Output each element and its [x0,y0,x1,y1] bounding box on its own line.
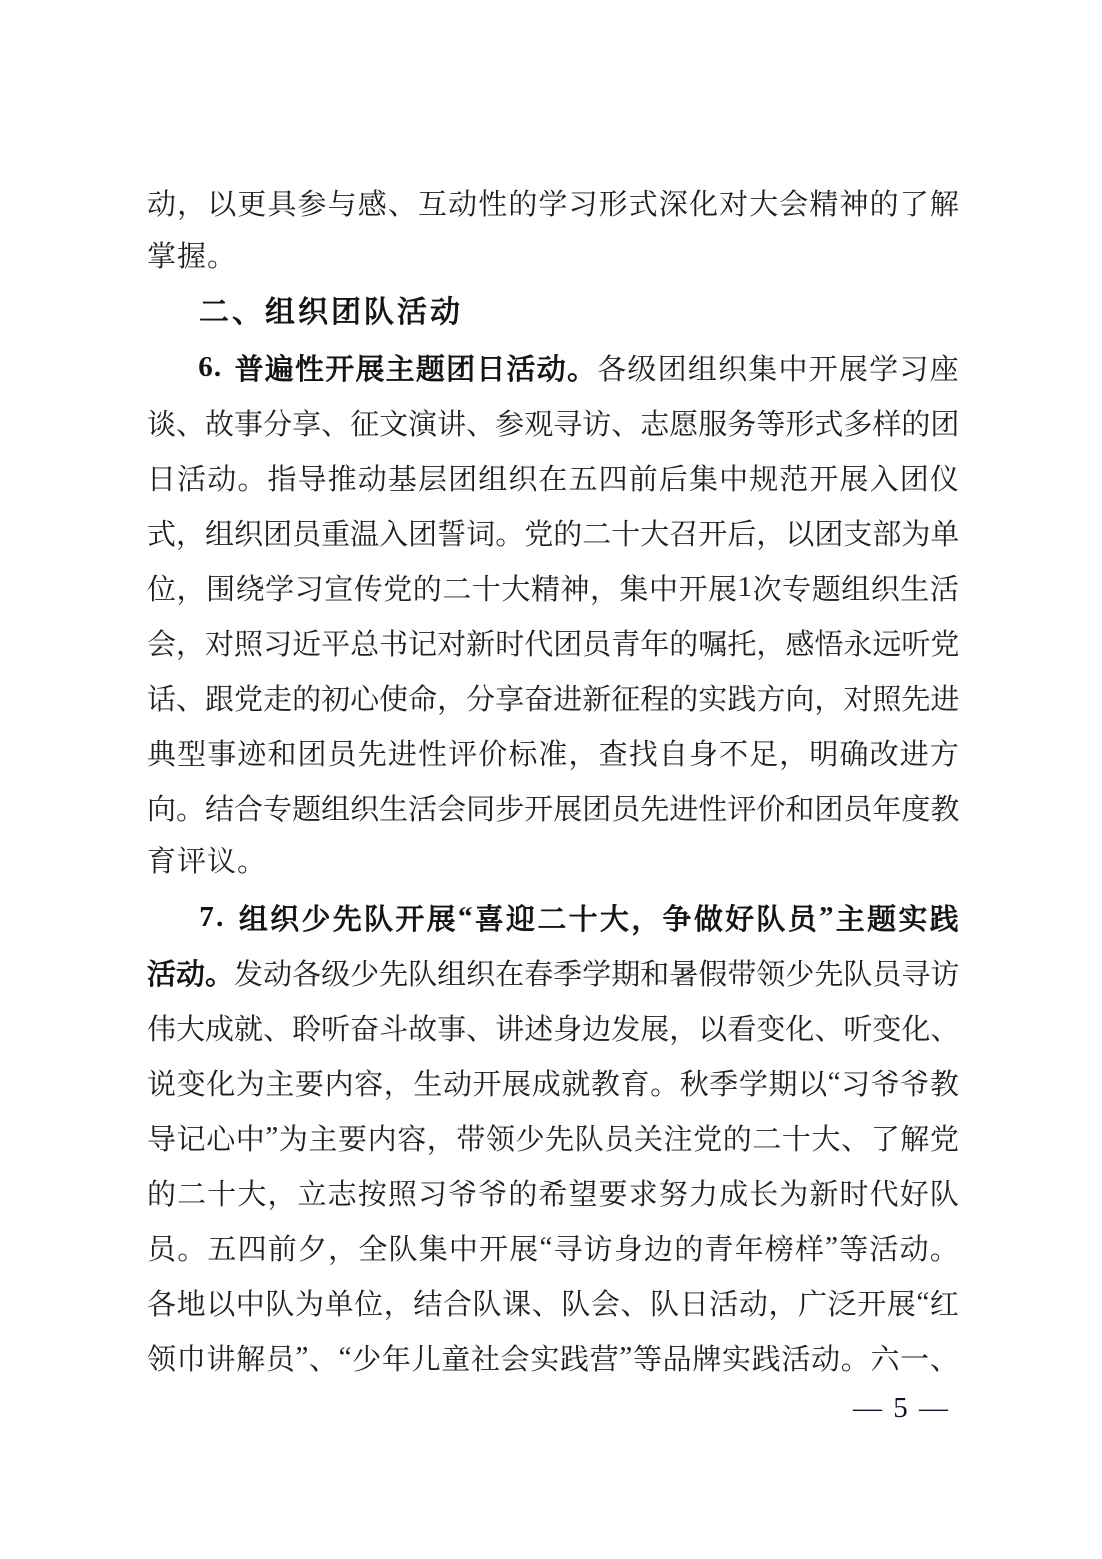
doc-line: 伟大成就、聆听奋斗故事、讲述身边发展，以看变化、听变化、 [147,1000,959,1055]
doc-line: 导记心中”为主要内容，带领少先队员关注党的二十大、了解党 [147,1110,959,1165]
doc-line: 的二十大，立志按照习爷爷的希望要求努力成长为新时代好队 [147,1165,959,1220]
doc-line: 说变化为主要内容，生动开展成就教育。秋季学期以“习爷爷教 [147,1055,959,1110]
doc-line: 6.普遍性开展主题团日活动。各级团组织集中开展学习座 [147,340,959,395]
doc-line: 典型事迹和团员先进性评价标准，查找自身不足，明确改进方 [147,725,959,780]
document-page: 动，以更具参与感、互动性的学习形式深化对大会精神的了解掌握。二、组织团队活动6.… [0,0,1102,1559]
doc-line: 各地以中队为单位，结合队课、队会、队日活动，广泛开展“红 [147,1275,959,1330]
doc-line: 向。结合专题组织生活会同步开展团员先进性评价和团员年度教 [147,780,959,835]
section-heading: 二、组织团队活动 [147,285,959,340]
doc-line: 育评议。 [147,835,959,890]
page-number: — 5 — [853,1390,950,1426]
doc-line: 动，以更具参与感、互动性的学习形式深化对大会精神的了解 [147,175,959,230]
doc-line: 式，组织团员重温入团誓词。党的二十大召开后，以团支部为单 [147,505,959,560]
doc-line: 谈、故事分享、征文演讲、参观寻访、志愿服务等形式多样的团 [147,395,959,450]
doc-line: 7.组织少先队开展“喜迎二十大，争做好队员”主题实践 [147,890,959,945]
doc-line: 领巾讲解员”、“少年儿童社会实践营”等品牌实践活动。六一、 [147,1330,959,1385]
doc-line: 日活动。指导推动基层团组织在五四前后集中规范开展入团仪 [147,450,959,505]
doc-line: 活动。发动各级少先队组织在春季学期和暑假带领少先队员寻访 [147,945,959,1000]
doc-line: 位，围绕学习宣传党的二十大精神，集中开展1次专题组织生活 [147,560,959,615]
doc-line: 员。五四前夕，全队集中开展“寻访身边的青年榜样”等活动。 [147,1220,959,1275]
doc-line: 会，对照习近平总书记对新时代团员青年的嘱托，感悟永远听党 [147,615,959,670]
document-text: 动，以更具参与感、互动性的学习形式深化对大会精神的了解掌握。二、组织团队活动6.… [147,175,959,1385]
doc-line: 掌握。 [147,230,959,285]
doc-line: 话、跟党走的初心使命，分享奋进新征程的实践方向，对照先进 [147,670,959,725]
